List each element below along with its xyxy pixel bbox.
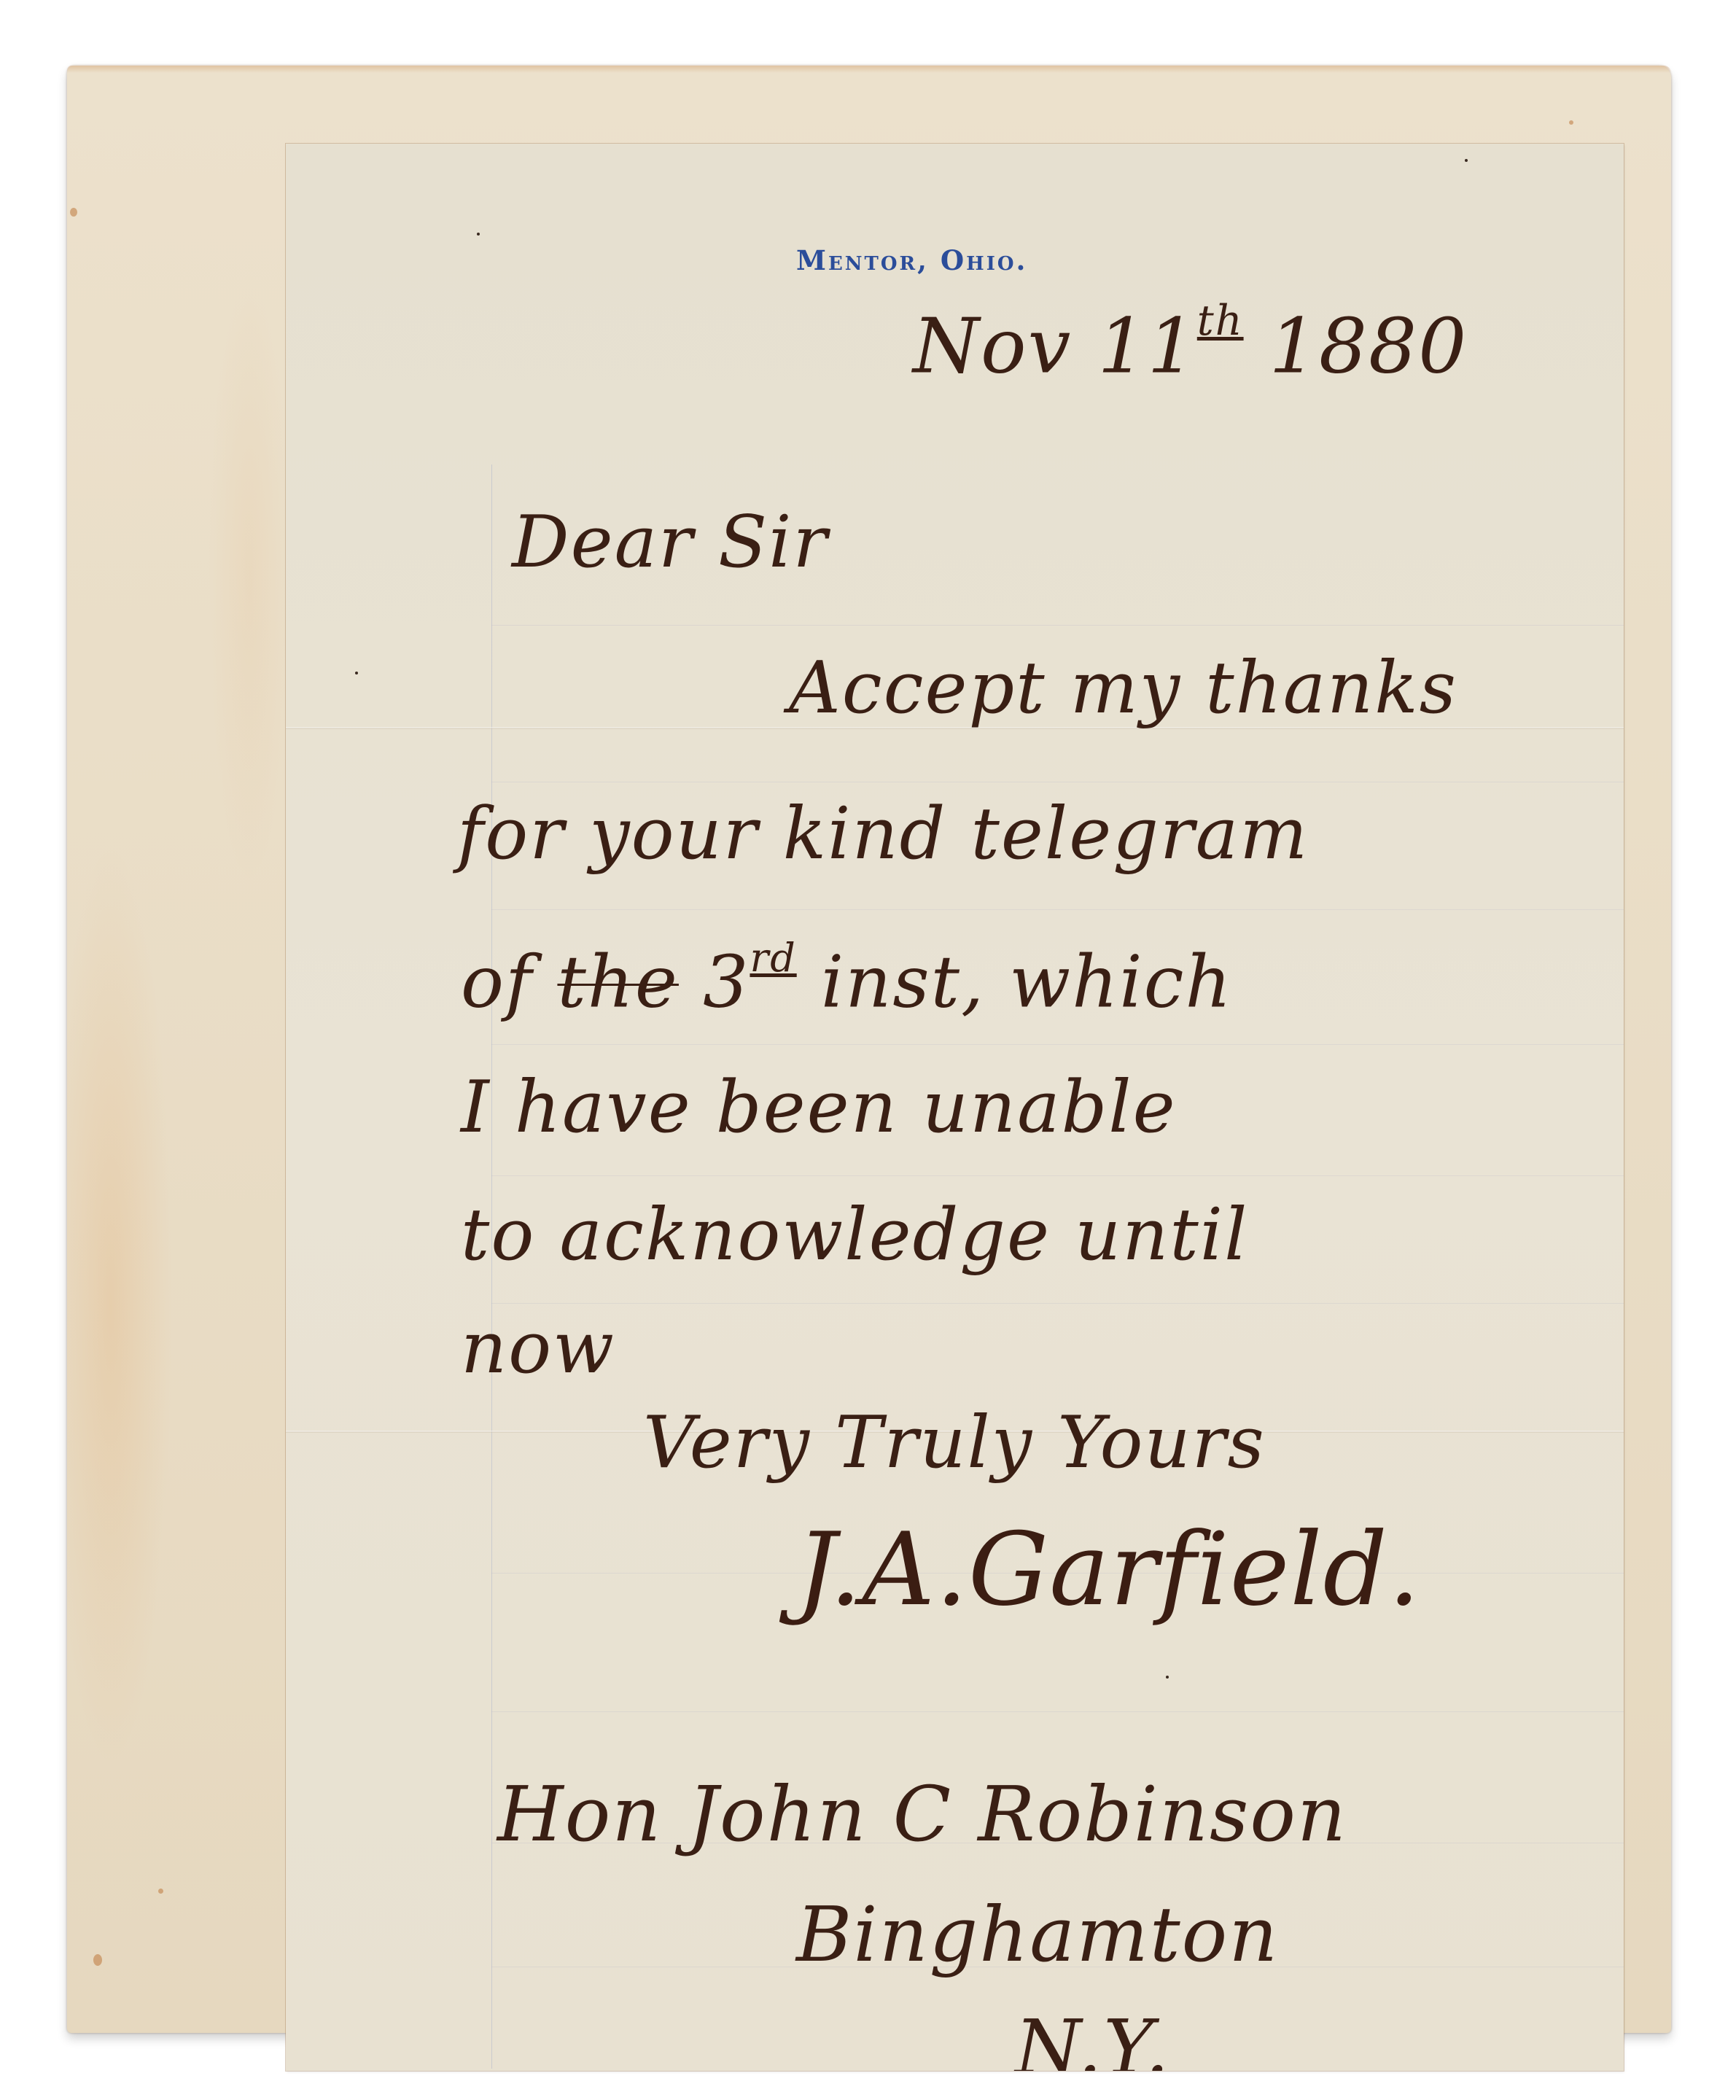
letter-sheet: Mentor, Ohio. Nov 11th 1880 Dear Sir Acc…: [286, 144, 1624, 2071]
ruled-line: [491, 1303, 1624, 1304]
board-edge: [67, 66, 1671, 73]
body-line: now: [461, 1307, 615, 1390]
struck-word: the: [557, 941, 679, 1024]
ruled-line: [491, 625, 1624, 626]
foxing-spot: [70, 208, 77, 217]
paper-speck: [1465, 159, 1468, 162]
paper-speck: [477, 233, 480, 236]
salutation: Dear Sir: [512, 501, 828, 584]
paper-speck: [1166, 1676, 1169, 1679]
date-year: 1880: [1269, 301, 1468, 390]
letter-date: Nov 11th 1880: [913, 297, 1468, 390]
recipient-city: Binghamton: [796, 1890, 1279, 1979]
date-month: Nov: [913, 301, 1072, 390]
recipient-name: Hon John C Robinson: [497, 1770, 1347, 1859]
ruled-line: [491, 909, 1624, 910]
body-line: for your kind telegram: [457, 793, 1309, 876]
foxing-spot: [1569, 120, 1573, 125]
ruled-line: [491, 782, 1624, 782]
paper-speck: [355, 672, 358, 674]
signature: J.A.Garfield.: [796, 1511, 1421, 1628]
foxing-spot: [93, 1954, 102, 1966]
date-day: 11: [1097, 301, 1196, 390]
body-text: of: [461, 941, 557, 1024]
foxing-spot: [158, 1889, 163, 1894]
body-line: to acknowledge until: [461, 1194, 1248, 1277]
ruled-line: [491, 1711, 1624, 1712]
recipient-state: N.Y.: [1015, 2003, 1171, 2071]
ruled-line: [491, 1044, 1624, 1045]
body-line: I have been unable: [461, 1066, 1177, 1149]
ordinal-suffix: rd: [750, 935, 796, 981]
mount-board: Mentor, Ohio. Nov 11th 1880 Dear Sir Acc…: [67, 66, 1671, 2033]
letterhead: Mentor, Ohio.: [796, 244, 1027, 276]
body-line: Accept my thanks: [789, 647, 1457, 730]
body-text: inst, which: [797, 941, 1233, 1024]
closing: Very Truly Yours: [643, 1401, 1266, 1485]
ordinal-number: 3: [703, 941, 750, 1024]
date-suffix: th: [1197, 297, 1244, 345]
ruled-line: [491, 1175, 1624, 1176]
body-line: of the 3rd inst, which: [461, 935, 1233, 1024]
